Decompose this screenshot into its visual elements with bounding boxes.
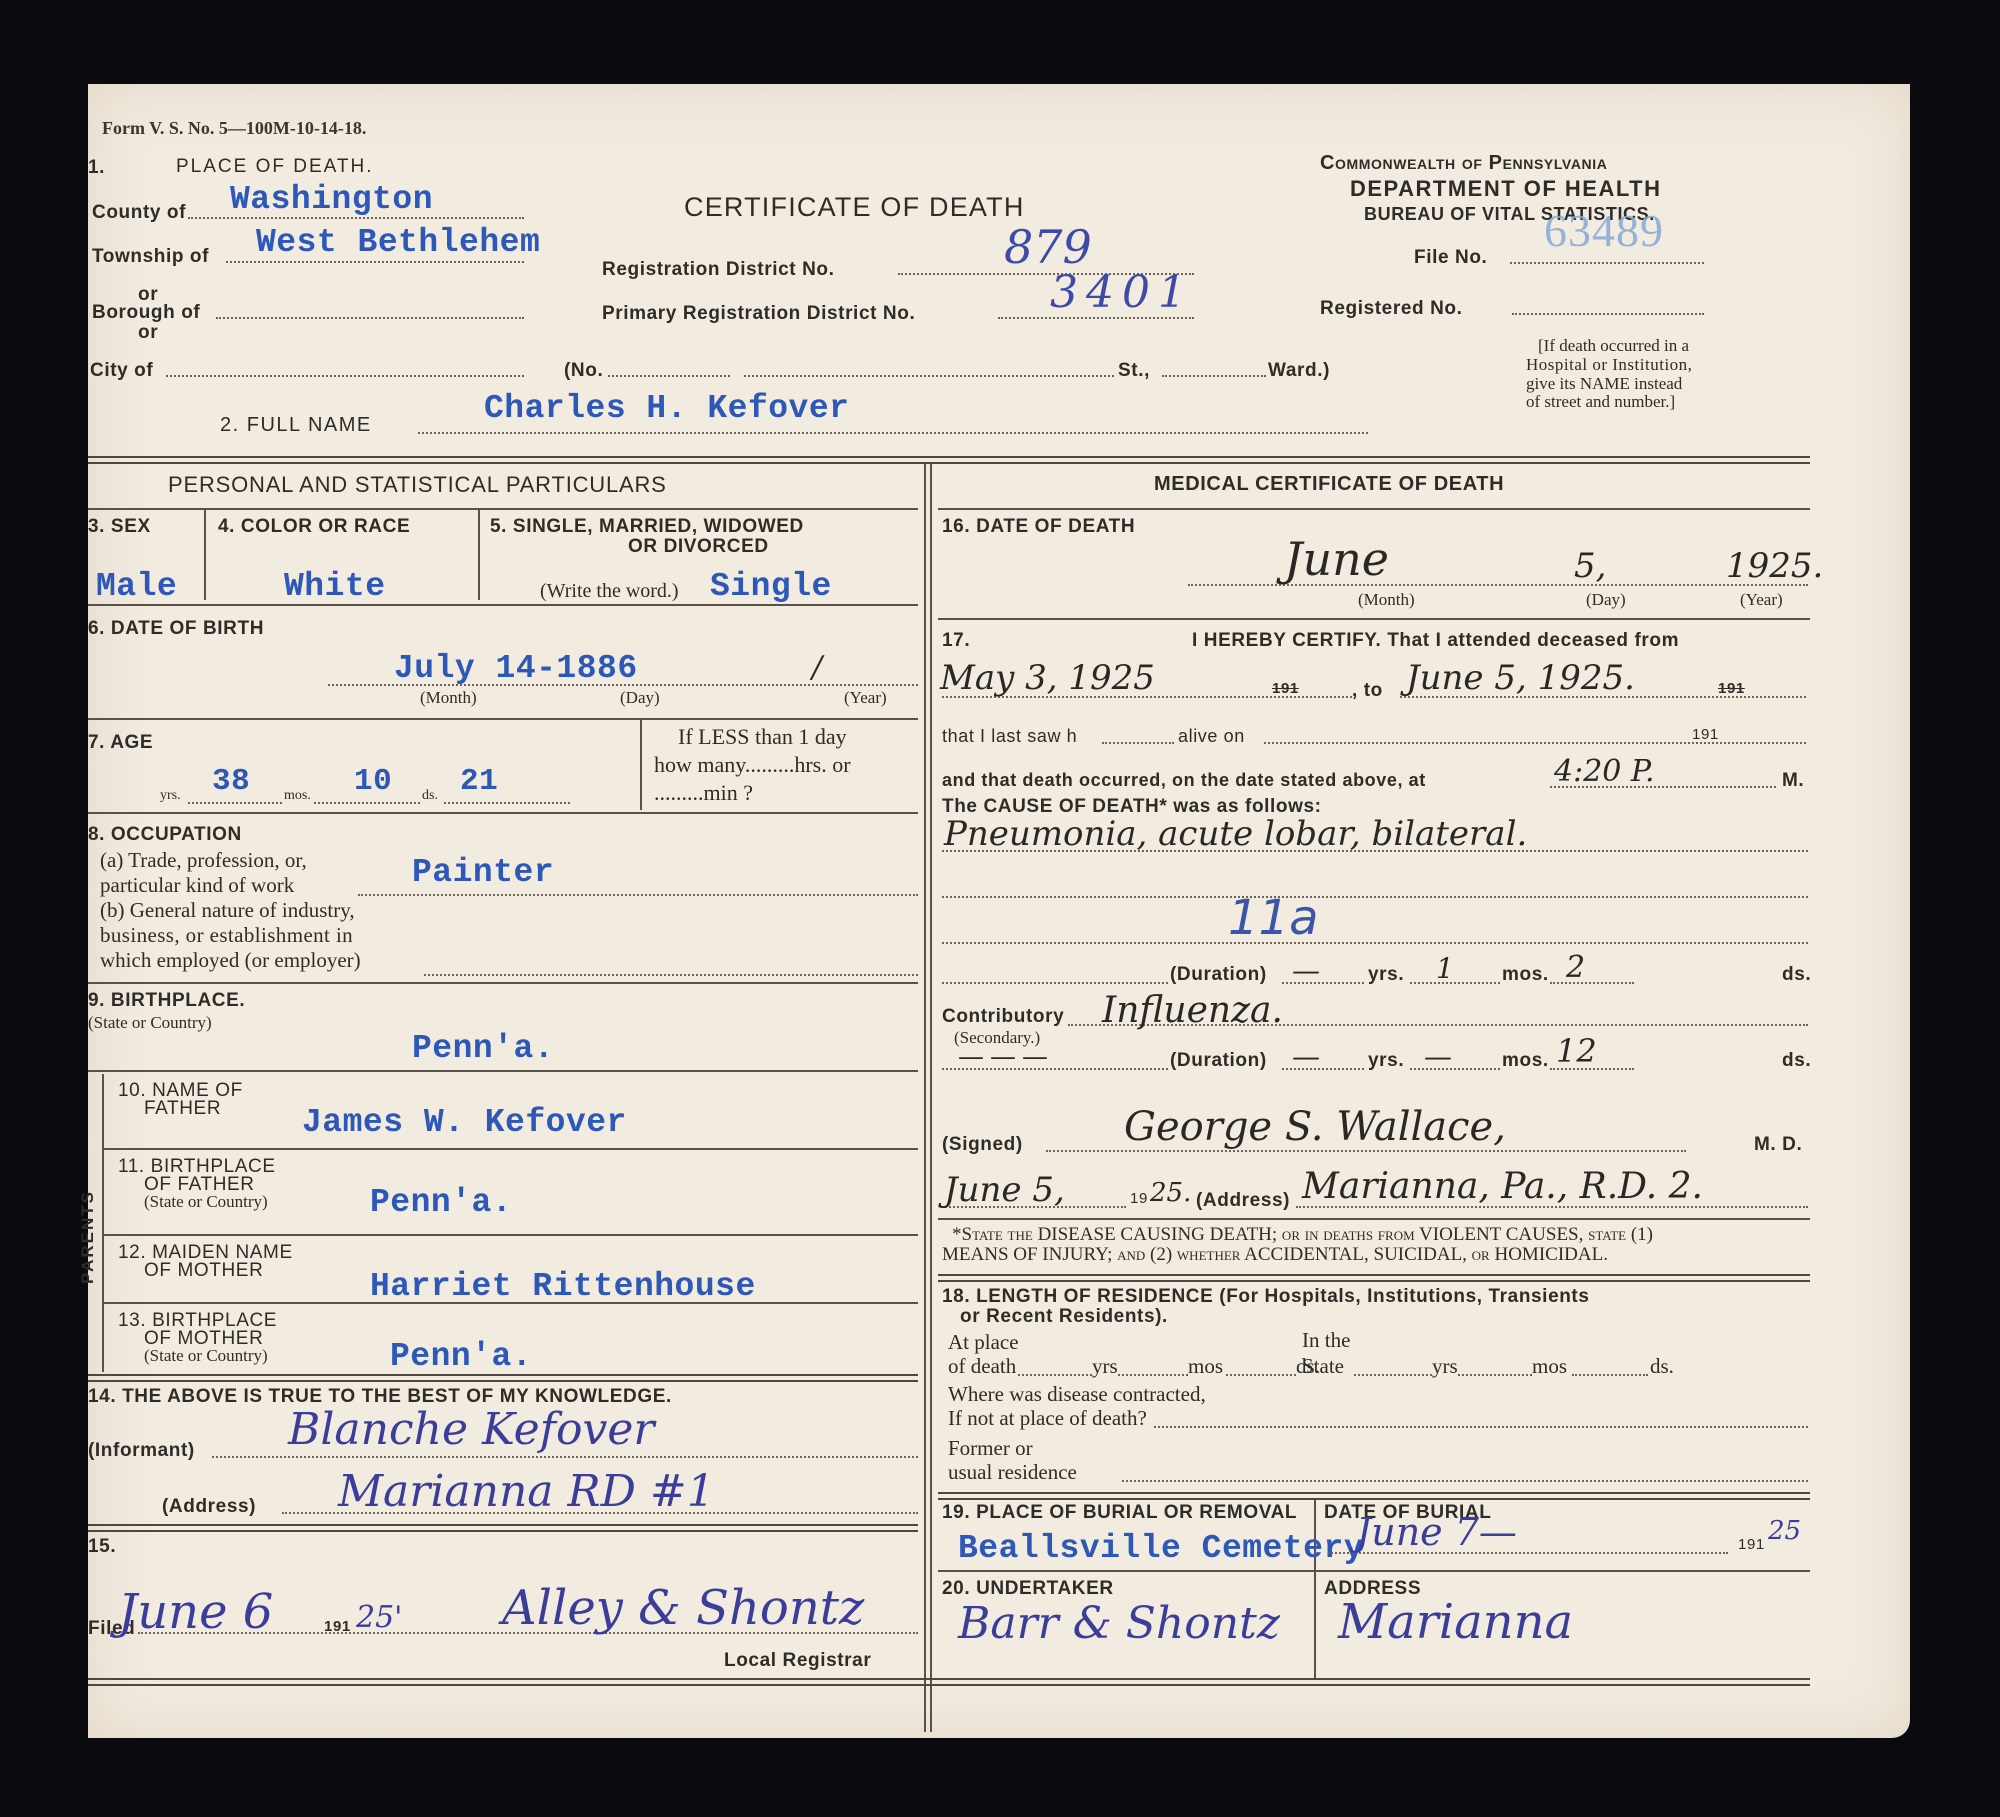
signed-line [1046, 1150, 1686, 1152]
contrib-duration-label: (Duration) [1170, 1050, 1267, 1072]
primary-district-value[interactable]: 3401 [1050, 267, 1194, 318]
age-ds-label: ds. [422, 788, 438, 804]
death-time-value[interactable]: 4:20 P. [1554, 754, 1655, 789]
alive-on-line[interactable] [1264, 742, 1806, 744]
in-state-label-1: In the [1302, 1328, 1350, 1353]
at-place-yrs-line[interactable] [1018, 1374, 1092, 1376]
dob-year-hint: (Year) [844, 688, 887, 708]
mother-name-value[interactable]: Harriet Rittenhouse [370, 1268, 756, 1305]
ward-field-line[interactable] [1162, 375, 1266, 377]
hospital-note-1: [If death occurred in a [1538, 336, 1689, 356]
residence-heading-2: or Recent Residents). [960, 1306, 1168, 1328]
alive-on-text: alive on [1178, 726, 1245, 747]
duration-yrs-label: yrs. [1368, 964, 1404, 986]
file-no-line [1510, 262, 1704, 264]
age-mos-line [314, 802, 420, 804]
duration-ds-label: ds. [1782, 964, 1811, 986]
hospital-note-2: Hospital or Institution, [1526, 355, 1692, 375]
row-rule-9 [104, 1234, 918, 1236]
file-no-label: File No. [1414, 247, 1487, 269]
full-name-label: 2. FULL NAME [220, 414, 372, 437]
former-residence-line[interactable] [1122, 1480, 1808, 1482]
sex-value[interactable]: Male [96, 568, 177, 605]
mother-birthplace-hint: (State or Country) [144, 1346, 268, 1366]
informant-line [212, 1456, 918, 1458]
agency-line-2: DEPARTMENT OF HEALTH [1350, 176, 1662, 202]
sex-race-divider [204, 510, 206, 600]
dob-slash: / [812, 650, 822, 685]
borough-field-line[interactable] [216, 317, 524, 319]
row-rule-6 [88, 982, 918, 984]
burial-divider [1314, 1500, 1316, 1680]
registered-no-label: Registered No. [1320, 298, 1463, 320]
last-saw-line[interactable] [1102, 742, 1174, 744]
or-text-2: or [138, 322, 158, 344]
city-field-line[interactable] [166, 375, 524, 377]
contrib-prefix: ——— [958, 1042, 1054, 1072]
duration-years[interactable]: — [1292, 954, 1320, 987]
certify-text: I HEREBY CERTIFY. That I attended deceas… [1192, 630, 1679, 652]
occupation-a-line [358, 894, 918, 896]
age-divider [640, 720, 642, 810]
street-no-label: (No. [564, 360, 603, 382]
occupation-label: 8. OCCUPATION [88, 824, 242, 846]
birthplace-hint: (State or Country) [88, 1013, 212, 1033]
county-label: County of [92, 202, 186, 224]
in-state-ds-line[interactable] [1572, 1374, 1648, 1376]
burial-place-value[interactable]: Beallsville Cemetery [958, 1530, 1364, 1567]
death-month-hint: (Month) [1358, 590, 1415, 610]
contrib-days[interactable]: 12 [1556, 1032, 1597, 1070]
parents-bottom-rule [88, 1374, 918, 1382]
occupation-b-3: which employed (or employer) [100, 948, 361, 973]
informant-label: (Informant) [88, 1440, 195, 1462]
footnote-rule [938, 1274, 1810, 1282]
at-place-mos-line[interactable] [1118, 1374, 1188, 1376]
physician-address-value[interactable]: Marianna, Pa., R.D. 2. [1302, 1166, 1703, 1207]
row-rule-4 [88, 718, 918, 720]
burial-place-label: 19. PLACE OF BURIAL OR REMOVAL [942, 1502, 1297, 1524]
burial-date-value[interactable]: June 7— [1356, 1510, 1517, 1554]
ward-label: Ward.) [1268, 360, 1330, 382]
residence-heading-1: 18. LENGTH OF RESIDENCE (For Hospitals, … [942, 1286, 1590, 1308]
township-value[interactable]: West Bethlehem [256, 224, 540, 261]
duration-ds-line [1550, 982, 1634, 984]
form-number: Form V. S. No. 5—100M-10-14-18. [102, 118, 366, 139]
header-divider [88, 456, 1810, 464]
certify-number: 17. [942, 630, 970, 652]
medical-heading-rule [938, 508, 1810, 510]
informant-bottom-rule [88, 1524, 918, 1532]
in-state-label-2: State [1302, 1354, 1344, 1379]
burial-rule [938, 1570, 1810, 1572]
in-state-yrs-label: yrs [1432, 1354, 1458, 1379]
page-bottom-rule [88, 1678, 1810, 1686]
at-place-ds-line[interactable] [1226, 1374, 1296, 1376]
contracted-line[interactable] [1154, 1426, 1808, 1428]
to-label: , to [1352, 680, 1383, 702]
physician-signature[interactable]: George S. Wallace, [1124, 1104, 1506, 1150]
father-birthplace-hint: (State or Country) [144, 1192, 268, 1212]
age-months-value[interactable]: 10 [354, 764, 392, 799]
at-place-yrs-label: yrs [1092, 1354, 1118, 1379]
age-years-value[interactable]: 38 [212, 764, 250, 799]
pencil-annotation: 11a [1228, 890, 1319, 946]
center-divider-right [930, 464, 932, 1732]
struck-year-a: 191 [1272, 680, 1299, 697]
race-marital-divider [478, 510, 480, 600]
row-rule-8 [104, 1148, 918, 1150]
signed-date[interactable]: June 5, [944, 1170, 1065, 1210]
dob-day-hint: (Day) [620, 688, 660, 708]
last-saw-text: that I last saw h [942, 726, 1077, 747]
street-no-field-line[interactable] [608, 375, 730, 377]
registered-no-line[interactable] [1512, 313, 1704, 315]
center-divider-left [924, 464, 926, 1732]
age-label: 7. AGE [88, 732, 153, 754]
row-rule-5 [88, 812, 918, 814]
father-name-label-2: FATHER [144, 1098, 221, 1120]
undertaker-signature[interactable]: Barr & Shontz [958, 1598, 1280, 1649]
contracted-label-1: Where was disease contracted, [948, 1382, 1206, 1407]
registrar-label: Local Registrar [724, 1650, 871, 1672]
date-of-death-label: 16. DATE OF DEATH [942, 516, 1135, 538]
place-section-number: 1. [88, 157, 105, 179]
certificate-title: CERTIFICATE OF DEATH [684, 192, 1025, 223]
age-days-value[interactable]: 21 [460, 764, 498, 799]
former-residence-label-2: usual residence [948, 1460, 1077, 1485]
death-month[interactable]: June [1284, 532, 1389, 586]
agency-line-1: Commonwealth of Pennsylvania [1320, 152, 1607, 175]
attended-from[interactable]: May 3, 1925 [940, 658, 1155, 698]
signed-rule [938, 1218, 1810, 1220]
filed-year-prefix: 191 [324, 1618, 351, 1635]
township-label: Township of [92, 246, 209, 268]
place-of-death-heading: PLACE OF DEATH. [176, 156, 374, 178]
dob-label: 6. DATE OF BIRTH [88, 618, 264, 640]
personal-heading-rule [88, 508, 918, 510]
date-of-death-rule [938, 618, 1810, 620]
birthplace-label: 9. BIRTHPLACE. [88, 990, 245, 1012]
md-label: M. D. [1754, 1134, 1802, 1156]
contrib-years[interactable]: — [1292, 1040, 1320, 1073]
county-value[interactable]: Washington [230, 181, 433, 218]
death-time-text: and that death occurred, on the date sta… [942, 770, 1426, 791]
alive-year-prefix: 191 [1692, 726, 1719, 743]
primary-district-label: Primary Registration District No. [602, 303, 915, 325]
duration-lead-line [942, 982, 1168, 984]
at-place-label-2: of death [948, 1354, 1016, 1379]
marital-label-2: OR DIVORCED [628, 536, 769, 558]
filed-year[interactable]: 25' [356, 1600, 402, 1635]
occupation-value[interactable]: Painter [412, 854, 554, 891]
duration-days[interactable]: 2 [1566, 950, 1585, 985]
death-time-meridiem: M. [1782, 770, 1804, 792]
parents-side-label: PARENTS [78, 1190, 98, 1284]
burial-year[interactable]: 25 [1768, 1516, 1801, 1546]
former-residence-label-1: Former or [948, 1436, 1033, 1461]
row-rule-7 [88, 1070, 918, 1072]
filed-date[interactable]: June 6 [118, 1584, 273, 1640]
marital-value[interactable]: Single [710, 568, 832, 605]
parents-side-rule [102, 1074, 104, 1372]
in-state-mos-line[interactable] [1458, 1374, 1532, 1376]
footnote-1: *State the DISEASE CAUSING DEATH; or in … [952, 1224, 1653, 1246]
burial-year-prefix: 191 [1738, 1536, 1765, 1553]
file-number-stamp: 63489 [1544, 204, 1664, 257]
registrar-signature[interactable]: Alley & Shontz [502, 1580, 864, 1636]
age-ds-line [444, 802, 570, 804]
contrib-months[interactable]: — [1424, 1040, 1452, 1073]
marital-hint: (Write the word.) [540, 580, 679, 603]
registration-district-value[interactable]: 879 [1004, 220, 1092, 274]
city-label: City of [90, 360, 153, 382]
father-name-value[interactable]: James W. Kefover [302, 1104, 627, 1141]
borough-label: Borough of [92, 302, 200, 324]
dob-value[interactable]: July 14-1886 [394, 650, 638, 687]
residence-rule [938, 1492, 1810, 1500]
registration-district-label: Registration District No. [602, 259, 834, 281]
cause-line-2[interactable] [942, 896, 1808, 898]
full-name-line [418, 432, 1368, 434]
mother-birthplace-value[interactable]: Penn'a. [390, 1338, 532, 1375]
dob-month-hint: (Month) [420, 688, 477, 708]
undertaker-label: 20. UNDERTAKER [942, 1578, 1114, 1600]
township-field-line [226, 261, 524, 263]
death-day-hint: (Day) [1586, 590, 1626, 610]
in-state-ds-label: ds. [1650, 1354, 1674, 1379]
less-than-day-1: If LESS than 1 day [678, 724, 847, 750]
age-yrs-line [188, 802, 282, 804]
informant-address-value[interactable]: Marianna RD #1 [338, 1466, 715, 1517]
signed-label: (Signed) [942, 1134, 1023, 1156]
death-year-hint: (Year) [1740, 590, 1783, 610]
contrib-yrs-label: yrs. [1368, 1050, 1404, 1072]
hospital-note-4: of street and number.] [1526, 392, 1675, 412]
attended-to[interactable]: June 5, 1925. [1406, 658, 1635, 698]
father-birthplace-value[interactable]: Penn'a. [370, 1184, 512, 1221]
physician-address-label: (Address) [1196, 1190, 1290, 1212]
at-place-label-1: At place [948, 1330, 1019, 1355]
struck-year-b: 191 [1718, 680, 1745, 697]
duration-months[interactable]: 1 [1436, 952, 1454, 985]
informant-address-label: (Address) [162, 1496, 256, 1518]
personal-heading: PERSONAL AND STATISTICAL PARTICULARS [168, 472, 667, 498]
duration-label: (Duration) [1170, 964, 1267, 986]
race-value[interactable]: White [284, 568, 386, 605]
duration-mos-line [1410, 982, 1500, 984]
street-label: St., [1118, 360, 1150, 382]
contrib-ds-label: ds. [1782, 1050, 1811, 1072]
contributory-value[interactable]: Influenza. [1102, 990, 1283, 1031]
date-of-death-line [1188, 584, 1808, 586]
signed-year[interactable]: 25. [1150, 1178, 1191, 1208]
age-mos-label: mos. [284, 788, 311, 804]
occupation-b-2: business, or establishment in [100, 923, 353, 948]
race-label: 4. COLOR OR RACE [218, 516, 410, 538]
death-certificate-page: Form V. S. No. 5—100M-10-14-18. 1. PLACE… [88, 84, 1910, 1738]
mother-name-label-2: OF MOTHER [144, 1260, 263, 1282]
less-than-day-2[interactable]: how many.........hrs. or [654, 752, 851, 778]
occupation-a-2: particular kind of work [100, 873, 294, 898]
street-field-line[interactable] [744, 375, 1114, 377]
occupation-a-1: (a) Trade, profession, or, [100, 848, 307, 873]
in-state-yrs-line[interactable] [1354, 1374, 1432, 1376]
undertaker-address-value[interactable]: Marianna [1338, 1594, 1573, 1650]
filing-section-number: 15. [88, 1536, 116, 1558]
occupation-b-1: (b) General nature of industry, [100, 898, 355, 923]
cause-line-3[interactable] [942, 942, 1808, 944]
birthplace-value[interactable]: Penn'a. [412, 1030, 554, 1067]
informant-signature[interactable]: Blanche Kefover [288, 1404, 654, 1455]
sex-label: 3. SEX [88, 516, 151, 538]
in-state-mos-label: mos [1532, 1354, 1567, 1379]
signed-year-prefix: 19 [1130, 1190, 1148, 1207]
contracted-label-2: If not at place of death? [948, 1406, 1147, 1431]
marital-label-1: 5. SINGLE, MARRIED, WIDOWED [490, 516, 804, 538]
age-yrs-label: yrs. [160, 788, 181, 804]
row-rule-3 [88, 604, 918, 606]
footnote-2: MEANS OF INJURY; and (2) whether ACCIDEN… [942, 1244, 1608, 1266]
less-than-day-3[interactable]: .........min ? [654, 780, 753, 806]
contributory-label: Contributory [942, 1006, 1064, 1028]
at-place-mos-label: mos [1188, 1354, 1223, 1379]
medical-heading: MEDICAL CERTIFICATE OF DEATH [1154, 473, 1504, 496]
death-year[interactable]: 1925. [1726, 546, 1823, 586]
contrib-mos-label: mos. [1502, 1050, 1549, 1072]
row-rule-10 [104, 1302, 918, 1304]
full-name-value[interactable]: Charles H. Kefover [484, 390, 849, 427]
duration-mos-label: mos. [1502, 964, 1549, 986]
hospital-note-3: give its NAME instead [1526, 374, 1682, 394]
occupation-b-line[interactable] [424, 974, 918, 976]
cause-value[interactable]: Pneumonia, acute lobar, bilateral. [944, 814, 1527, 854]
death-day[interactable]: 5, [1574, 546, 1606, 586]
